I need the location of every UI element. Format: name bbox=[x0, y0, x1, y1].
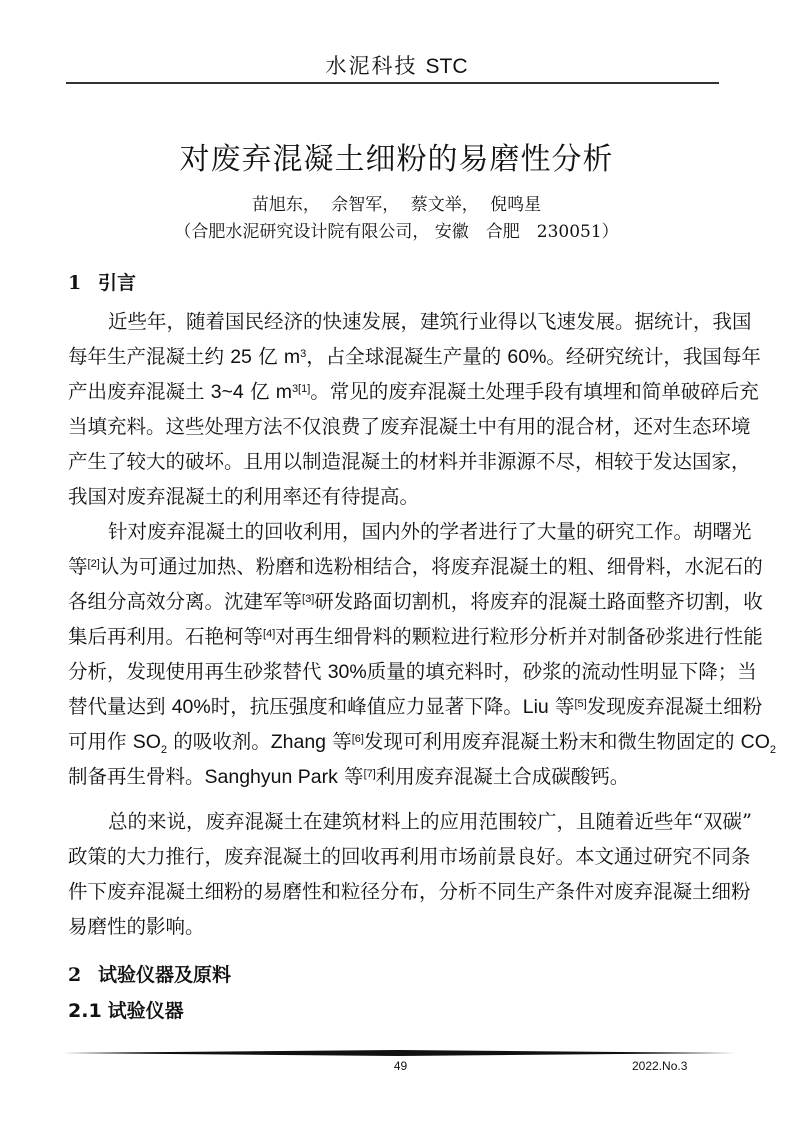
text-line: 每年生产混凝土约 25 亿 m3，占全球混凝生产量的 60%。经研究统计，我国每… bbox=[68, 345, 728, 369]
article-authors: 苗旭东， 佘智军， 蔡文举， 倪鸣星 bbox=[0, 190, 793, 215]
section-number: 2.1 bbox=[68, 1000, 102, 1022]
citation-ref: [4] bbox=[263, 628, 275, 640]
text-line: 集后再利用。石艳柯等[4]对再生细骨料的颗粒进行粒形分析并对制备砂浆进行性能 bbox=[68, 625, 728, 649]
article-title: 对废弃混凝土细粉的易磨性分析 bbox=[0, 134, 793, 178]
citation-ref: [5] bbox=[574, 698, 586, 710]
section-number: 2 bbox=[68, 964, 98, 986]
text-line: 可用作 SO2 的吸收剂。Zhang 等[6]发现可利用废弃混凝土粉末和微生物固… bbox=[68, 730, 728, 762]
text-line: 当填充料。这些处理方法不仅浪费了废弃混凝土中有用的混合材，还对生态环境 bbox=[68, 415, 728, 439]
text-line: 分析，发现使用再生砂浆替代 30%质量的填充料时，砂浆的流动性明显下降；当 bbox=[68, 660, 728, 684]
section-heading-2: 2试验仪器及原料 bbox=[68, 960, 231, 987]
text-line: 针对废弃混凝土的回收利用，国内外的学者进行了大量的研究工作。胡曙光 bbox=[108, 520, 728, 544]
subsection-heading-2-1: 2.1试验仪器 bbox=[68, 996, 184, 1023]
text-line: 政策的大力推行，废弃混凝土的回收再利用市场前景良好。本文通过研究不同条 bbox=[68, 845, 728, 869]
text-line: 替代量达到 40%时，抗压强度和峰值应力显著下降。Liu 等[5]发现废弃混凝土… bbox=[68, 695, 728, 719]
issue-label: 2022.No.3 bbox=[632, 1059, 687, 1073]
text-line: 总的来说，废弃混凝土在建筑材料上的应用范围较广，且随着近些年“双碳” bbox=[108, 810, 728, 834]
text-line: 易磨性的影响。 bbox=[68, 915, 728, 939]
journal-name-cn: 水泥科技 bbox=[326, 54, 418, 78]
text-line: 我国对废弃混凝土的利用率还有待提高。 bbox=[68, 485, 728, 509]
citation-ref: [6] bbox=[352, 733, 364, 745]
section-title: 引言 bbox=[98, 272, 136, 294]
section-title: 试验仪器及原料 bbox=[98, 964, 231, 986]
text-line: 件下废弃混凝土细粉的易磨性和粒径分布，分析不同生产条件对废弃混凝土细粉 bbox=[68, 880, 728, 904]
article-affiliation: （合肥水泥研究设计院有限公司， 安徽 合肥 230051） bbox=[0, 217, 793, 242]
running-head: 水泥科技STC bbox=[0, 50, 793, 80]
text-line: 近些年，随着国民经济的快速发展，建筑行业得以飞速发展。据统计，我国 bbox=[108, 310, 728, 334]
footer-rule bbox=[63, 1050, 735, 1056]
section-number: 1 bbox=[68, 272, 98, 294]
text-line: 产出废弃混凝土 3~4 亿 m3[1]。常见的废弃混凝土处理手段有填埋和简单破碎… bbox=[68, 380, 728, 404]
text-line: 等[2]认为可通过加热、粉磨和选粉相结合，将废弃混凝土的粗、细骨料，水泥石的 bbox=[68, 555, 728, 579]
text-line: 制备再生骨料。Sanghyun Park 等[7]利用废弃混凝土合成碳酸钙。 bbox=[68, 765, 728, 789]
journal-abbr: STC bbox=[426, 55, 468, 78]
section-title: 试验仪器 bbox=[108, 1000, 184, 1022]
citation-ref: [7] bbox=[364, 768, 376, 780]
text-line: 产生了较大的破坏。且用以制造混凝土的材料并非源源不尽，相较于发达国家， bbox=[68, 450, 728, 474]
citation-ref: [2] bbox=[88, 558, 100, 570]
text-line: 各组分高效分离。沈建军等[3]研发路面切割机，将废弃的混凝土路面整齐切割，收 bbox=[68, 590, 728, 614]
citation-ref: 3[1] bbox=[292, 383, 310, 395]
section-heading-1: 1引言 bbox=[68, 268, 136, 295]
header-rule bbox=[66, 82, 719, 84]
citation-ref: [3] bbox=[302, 593, 314, 605]
